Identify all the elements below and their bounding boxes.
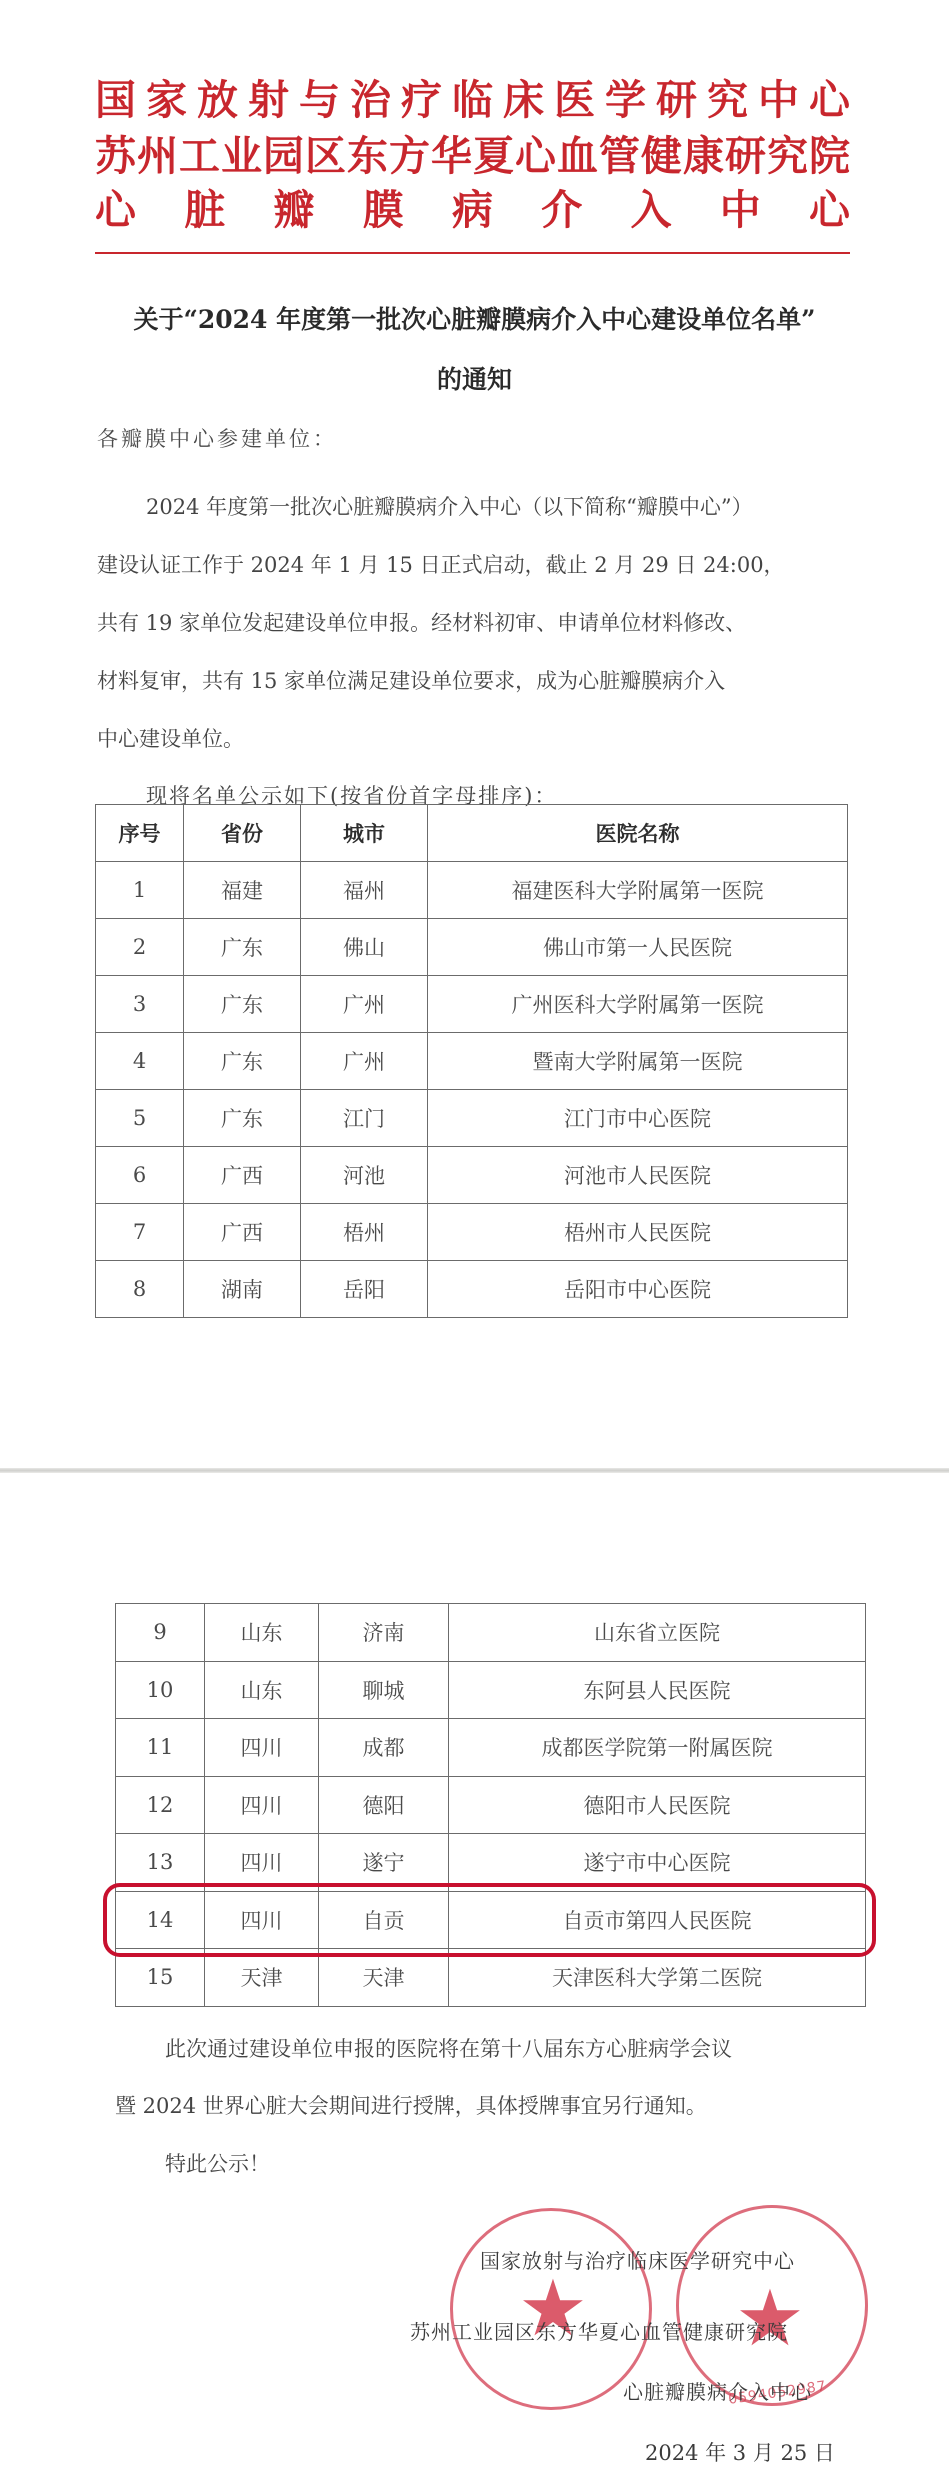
cell-province: 广东 [184,919,301,976]
table-row: 11四川成都成都医学院第一附属医院 [116,1719,866,1777]
letterhead-char: 究 [707,74,748,126]
letterhead-char: 中 [720,184,761,236]
cell-no: 1 [96,862,184,919]
letterhead-char: 脏 [184,184,225,236]
letterhead-char: 医 [554,74,595,126]
hospital-table-page-1: 序号 省份 城市 医院名称 1福建福州福建医科大学附属第一医院 2广东佛山佛山市… [95,804,848,1318]
letterhead-char: 放 [197,74,238,126]
letterhead-char: 心 [515,130,556,182]
letterhead-char: 业 [221,130,262,182]
letterhead-char: 研 [656,74,697,126]
cell-province: 四川 [205,1719,319,1777]
cell-province: 天津 [205,1949,319,2007]
cell-no: 7 [96,1204,184,1261]
notice-title-continued: 的通知 [0,360,949,396]
letterhead-char: 工 [179,130,220,182]
letterhead-char: 院 [809,130,850,182]
cell-province: 福建 [184,862,301,919]
letterhead-char: 中 [758,74,799,126]
closing-line: 暨 2024 世界心脏大会期间进行授牌，具体授牌事宜另行通知。 [115,2090,707,2120]
letterhead-char: 园 [263,130,304,182]
cell-province: 广东 [184,1090,301,1147]
letterhead-char: 华 [431,130,472,182]
cell-city: 天津 [319,1949,449,2007]
header-no: 序号 [96,805,184,862]
cell-city: 德阳 [319,1776,449,1834]
letterhead-char: 国 [95,74,136,126]
highlight-box [103,1883,876,1957]
letterhead-char: 康 [683,130,724,182]
letterhead-char: 介 [541,184,582,236]
letterhead-char: 临 [452,74,493,126]
letterhead-char: 膜 [363,184,404,236]
letterhead-char: 治 [350,74,391,126]
table-row: 2广东佛山佛山市第一人民医院 [96,919,848,976]
cell-hospital: 山东省立医院 [449,1604,866,1662]
letterhead-char: 究 [767,130,808,182]
cell-no: 12 [116,1776,205,1834]
table-row: 15天津天津天津医科大学第二医院 [116,1949,866,2007]
cell-city: 佛山 [301,919,428,976]
cell-city: 广州 [301,976,428,1033]
cell-province: 湖南 [184,1261,301,1318]
letterhead-char: 管 [599,130,640,182]
page-break-divider [0,1468,949,1473]
body-line: 2024 年度第一批次心脏瓣膜病介入中心（以下简称“瓣膜中心”） [146,491,886,521]
cell-hospital: 广州医科大学附属第一医院 [428,976,848,1033]
letterhead-char: 家 [146,74,187,126]
body-line: 建设认证工作于 2024 年 1 月 15 日正式启动，截止 2 月 29 日 … [97,549,837,579]
cell-province: 四川 [205,1776,319,1834]
signature-org-3: 心脏瓣膜病介入中心 [623,2376,812,2405]
table-row: 8湖南岳阳岳阳市中心医院 [96,1261,848,1318]
letterhead-char: 射 [248,74,289,126]
table-row: 1福建福州福建医科大学附属第一医院 [96,862,848,919]
letterhead-char: 瓣 [274,184,315,236]
header-hospital: 医院名称 [428,805,848,862]
cell-hospital: 江门市中心医院 [428,1090,848,1147]
cell-province: 山东 [205,1661,319,1719]
cell-no: 15 [116,1949,205,2007]
cell-city: 江门 [301,1090,428,1147]
cell-no: 6 [96,1147,184,1204]
cell-city: 梧州 [301,1204,428,1261]
letterhead-char: 区 [305,130,346,182]
table-header-row: 序号 省份 城市 医院名称 [96,805,848,862]
header-province: 省份 [184,805,301,862]
letterhead-line-1: 国家放射与治疗临床医学研究中心 [95,74,850,126]
cell-hospital: 河池市人民医院 [428,1147,848,1204]
table-row: 7广西梧州梧州市人民医院 [96,1204,848,1261]
cell-province: 广东 [184,976,301,1033]
letterhead-char: 心 [809,184,850,236]
cell-no: 10 [116,1661,205,1719]
cell-province: 广西 [184,1204,301,1261]
letterhead-char: 学 [605,74,646,126]
signature-org-1: 国家放射与治疗临床医学研究中心 [480,2245,795,2274]
letterhead-char: 东 [347,130,388,182]
table-row: 5广东江门江门市中心医院 [96,1090,848,1147]
letterhead-line-2: 苏州工业园区东方华夏心血管健康研究院 [95,130,850,182]
cell-city: 成都 [319,1719,449,1777]
cell-province: 广东 [184,1033,301,1090]
cell-city: 广州 [301,1033,428,1090]
cell-no: 9 [116,1604,205,1662]
cell-hospital: 梧州市人民医院 [428,1204,848,1261]
letterhead-char: 苏 [95,130,136,182]
cell-no: 4 [96,1033,184,1090]
letterhead-line-3: 心脏瓣膜病介入中心 [95,184,850,236]
letterhead-char: 健 [641,130,682,182]
table-row: 12四川德阳德阳市人民医院 [116,1776,866,1834]
signature-date: 2024 年 3 月 25 日 [645,2437,835,2467]
cell-hospital: 成都医学院第一附属医院 [449,1719,866,1777]
letterhead-char: 心 [809,74,850,126]
table-row: 4广东广州暨南大学附属第一医院 [96,1033,848,1090]
body-line: 中心建设单位。 [97,723,837,753]
letterhead-char: 州 [137,130,178,182]
cell-no: 3 [96,976,184,1033]
closing-line: 此次通过建设单位申报的医院将在第十八届东方心脏病学会议 [165,2033,732,2063]
body-line: 材料复审，共有 15 家单位满足建设单位要求，成为心脏瓣膜病介入 [97,665,837,695]
cell-hospital: 天津医科大学第二医院 [449,1949,866,2007]
cell-city: 河池 [301,1147,428,1204]
cell-hospital: 佛山市第一人民医院 [428,919,848,976]
letterhead-char: 病 [452,184,493,236]
letterhead-char: 方 [389,130,430,182]
letterhead-char: 与 [299,74,340,126]
cell-hospital: 福建医科大学附属第一医院 [428,862,848,919]
notice-title: 关于“2024 年度第一批次心脏瓣膜病介入中心建设单位名单” [0,300,949,336]
cell-city: 福州 [301,862,428,919]
letterhead-char: 血 [557,130,598,182]
header-city: 城市 [301,805,428,862]
letterhead-char: 心 [95,184,136,236]
cell-no: 2 [96,919,184,976]
letterhead-char: 夏 [473,130,514,182]
table-row: 10山东聊城东阿县人民医院 [116,1661,866,1719]
table-row: 3广东广州广州医科大学附属第一医院 [96,976,848,1033]
cell-no: 5 [96,1090,184,1147]
cell-city: 聊城 [319,1661,449,1719]
letterhead-divider [95,252,850,254]
cell-no: 8 [96,1261,184,1318]
cell-no: 11 [116,1719,205,1777]
cell-city: 岳阳 [301,1261,428,1318]
letterhead-char: 疗 [401,74,442,126]
cell-hospital: 东阿县人民医院 [449,1661,866,1719]
letterhead-char: 入 [631,184,672,236]
table-row: 9山东济南山东省立医院 [116,1604,866,1662]
cell-hospital: 岳阳市中心医院 [428,1261,848,1318]
cell-hospital: 暨南大学附属第一医院 [428,1033,848,1090]
cell-province: 山东 [205,1604,319,1662]
table-row: 6广西河池河池市人民医院 [96,1147,848,1204]
signature-org-2: 苏州工业园区东方华夏心血管健康研究院 [410,2316,788,2345]
letterhead-char: 研 [725,130,766,182]
cell-city: 济南 [319,1604,449,1662]
letterhead-char: 床 [503,74,544,126]
cell-province: 广西 [184,1147,301,1204]
cell-hospital: 德阳市人民医院 [449,1776,866,1834]
salutation: 各瓣膜中心参建单位： [97,423,337,453]
body-line: 共有 19 家单位发起建设单位申报。经材料初审、申请单位材料修改、 [97,607,837,637]
closing-remark: 特此公示！ [165,2148,270,2178]
